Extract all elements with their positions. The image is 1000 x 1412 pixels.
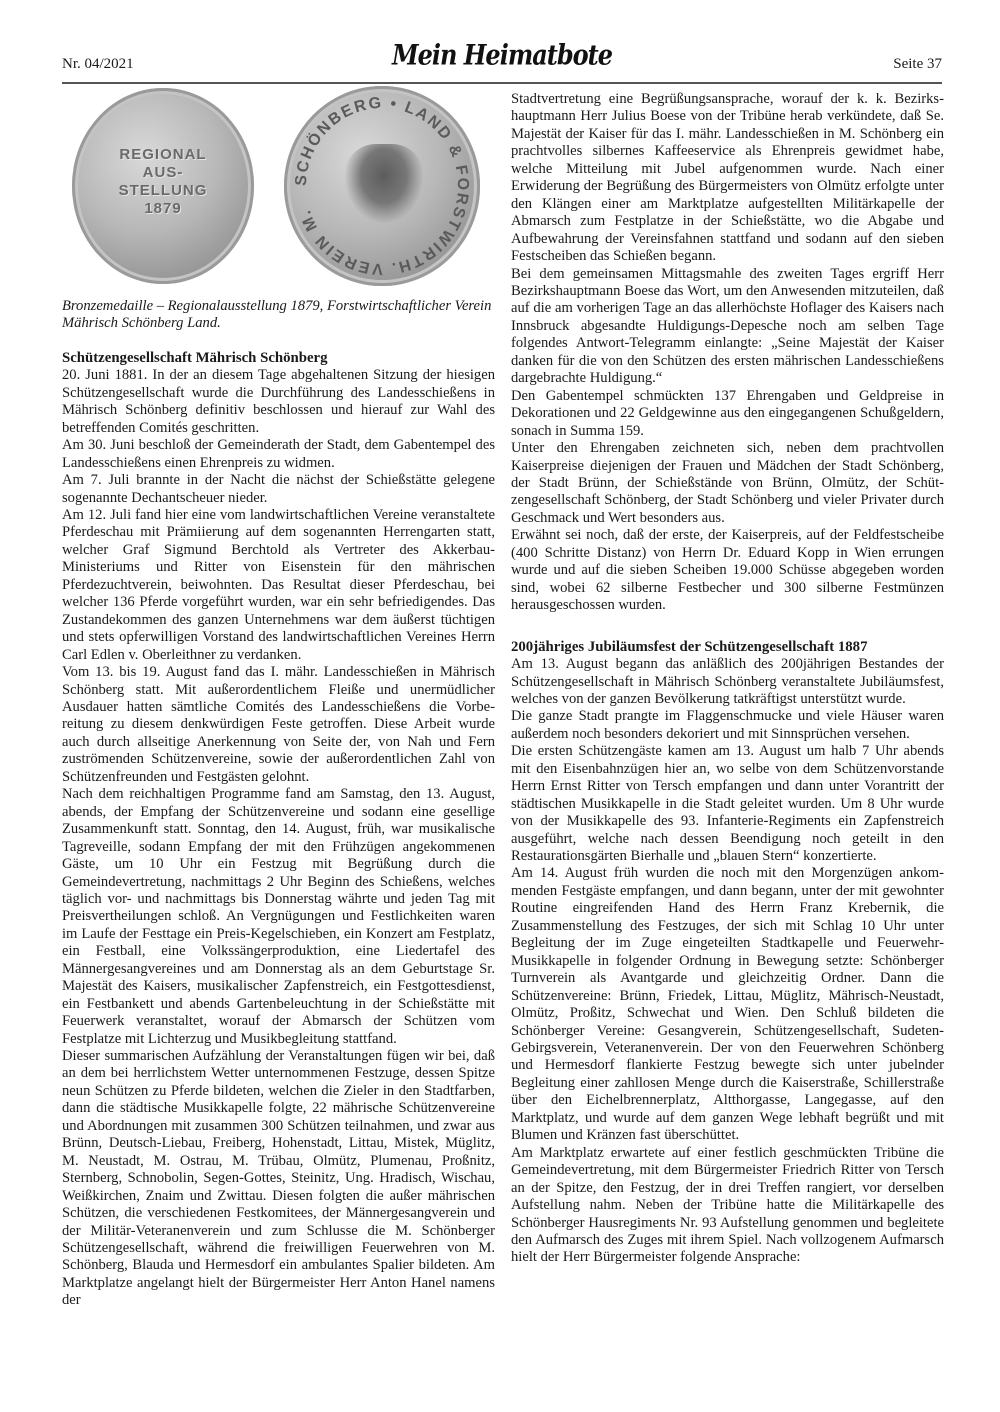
paragraph: Die ganze Stadt prangte im Flaggenschmuc… [511, 708, 944, 743]
paragraph: Am Marktplatz erwartete auf einer festli… [511, 1145, 944, 1267]
paragraph: Unter den Ehrengaben zeichneten sich, ne… [511, 440, 944, 527]
section-heading: 200jähriges Jubiläumsfest der Schützenge… [511, 639, 944, 656]
medal-figure: REGIONAL AUS- STELLUNG 1879 SCHÖNBERG • … [62, 86, 495, 298]
paragraph: Nach dem reichhaltigen Programme fand am… [62, 786, 495, 1048]
header-rule [62, 82, 942, 84]
medal-obverse-image: REGIONAL AUS- STELLUNG 1879 [72, 88, 254, 284]
paragraph: Vom 13. bis 19. August fand das I. mähr.… [62, 664, 495, 786]
paragraph: Bei dem gemeinsamen Mittagsmahle des zwe… [511, 266, 944, 388]
paragraph: 20. Juni 1881. In der an diesem Tage abg… [62, 367, 495, 437]
medal-inscription: REGIONAL AUS- STELLUNG 1879 [72, 146, 254, 218]
paragraph: Am 12. Juli fand hier eine vom landwirts… [62, 507, 495, 664]
paragraph: Die ersten Schützengäste kamen am 13. Au… [511, 743, 944, 865]
figure-caption: Bronzemedaille – Regionalausstellung 187… [62, 298, 495, 333]
masthead-logo: Mein Heimatbote [62, 38, 942, 71]
paragraph: Am 14. August früh wurden die noch mit d… [511, 865, 944, 1144]
paragraph: Stadtvertretung eine Begrüßungsansprache… [511, 91, 944, 266]
left-column: REGIONAL AUS- STELLUNG 1879 SCHÖNBERG • … [62, 92, 495, 1310]
page-number: Seite 37 [893, 56, 942, 73]
paragraph: Dieser summarischen Aufzählung der Veran… [62, 1048, 495, 1310]
paragraph: Am 30. Juni beschloß der Gemeinderath de… [62, 437, 495, 472]
paragraph: Erwähnt sei noch, daß der erste, der Kai… [511, 527, 944, 614]
paragraph: Den Gabentempel schmückten 137 Ehrengabe… [511, 388, 944, 440]
paragraph: Am 7. Juli brannte in der Nacht die näch… [62, 472, 495, 507]
section-heading: Schützengesellschaft Mährisch Schönberg [62, 350, 495, 367]
medal-reverse-image: SCHÖNBERG • LAND & FORSTWIRTH. VEREIN M. [284, 86, 480, 286]
page-header: Nr. 04/2021 Mein Heimatbote Seite 37 [62, 40, 942, 80]
paragraph: Am 13. August begann das anläßlich des 2… [511, 656, 944, 708]
right-column: Stadtvertretung eine Begrüßungsansprache… [511, 91, 944, 1267]
wheat-sheaf-plow-emblem [344, 144, 424, 224]
